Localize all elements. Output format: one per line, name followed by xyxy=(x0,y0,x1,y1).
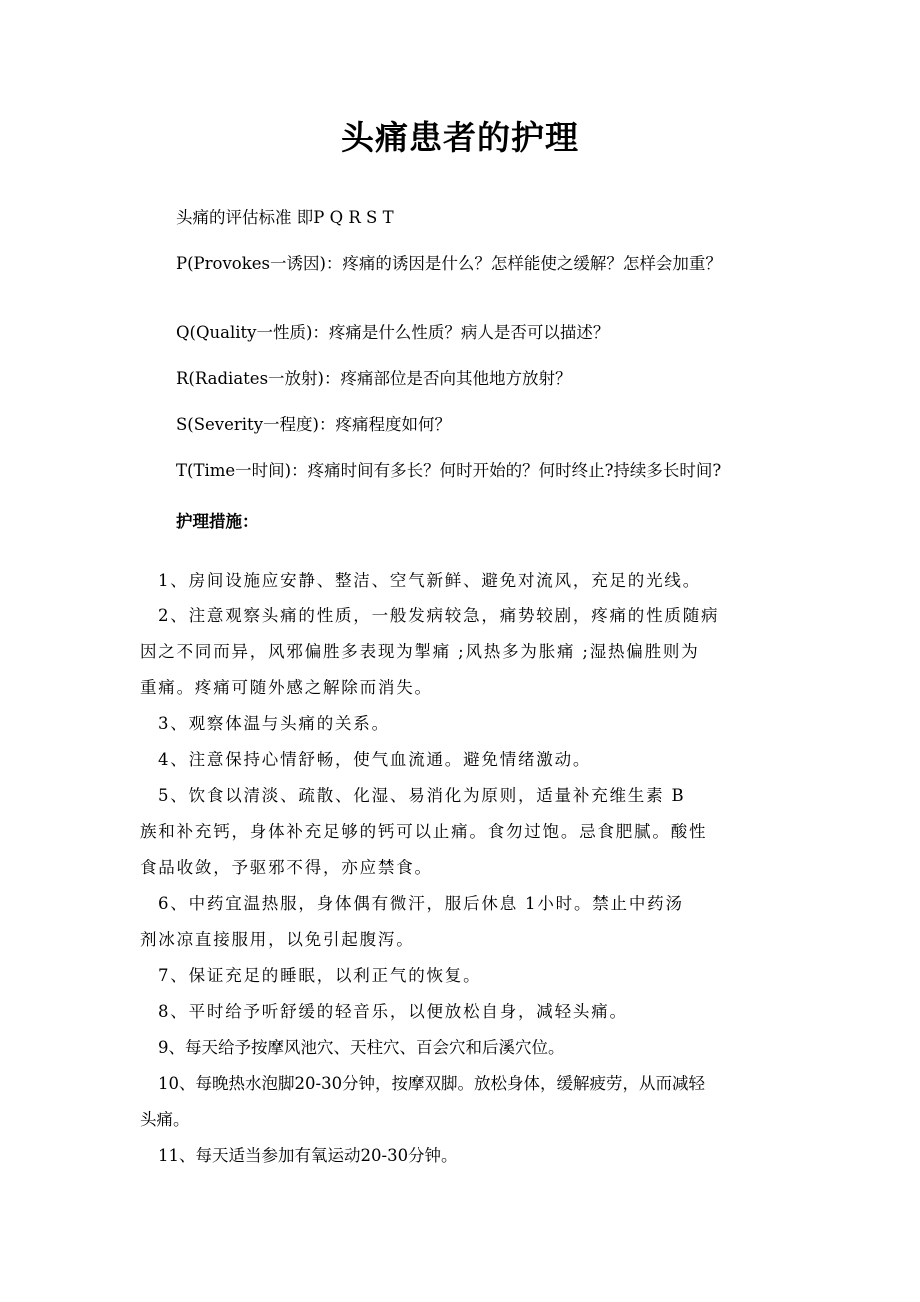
measure-line: 剂冰凉直接服用，以免引起腹泻。 xyxy=(140,929,415,951)
assessment-item-r: R(Radiates一放射)：疼痛部位是否向其他地方放射？ xyxy=(176,368,571,390)
document-title: 头痛患者的护理 xyxy=(0,112,920,159)
measures-heading: 护理措施： xyxy=(176,511,259,533)
measure-line: 因之不同而异，风邪偏胜多表现为掣痛 ;风热多为胀痛 ;湿热偏胜则为 xyxy=(140,641,700,663)
measure-line: 3、观察体温与头痛的关系。 xyxy=(158,713,390,735)
assessment-item-p: P(Provokes一诱因)：疼痛的诱因是什么？怎样能使之缓解？怎样会加重？ xyxy=(176,253,722,275)
measure-line: 重痛。疼痛可随外感之解除而消失。 xyxy=(140,677,433,699)
measure-line: 2、注意观察头痛的性质，一般发病较急，痛势较剧，疼痛的性质随病 xyxy=(158,605,719,627)
measure-line: 11、每天适当参加有氧运动20-30分钟。 xyxy=(158,1145,458,1167)
document-page: 头痛患者的护理 头痛的评估标准 即P Q R S T P(Provokes一诱因… xyxy=(0,0,920,1302)
measure-line: 食品收敛，予驱邪不得，亦应禁食。 xyxy=(140,857,433,879)
measure-line: 6、中药宜温热服，身体偶有微汗，服后休息 1小时。禁止中药汤 xyxy=(158,893,684,915)
measure-line: 1、房间设施应安静、整洁、空气新鲜、避免对流风，充足的光线。 xyxy=(158,570,701,592)
assessment-item-s: S(Severity一程度)：疼痛程度如何？ xyxy=(176,414,451,436)
assessment-item-q: Q(Quality一性质)：疼痛是什么性质？病人是否可以描述？ xyxy=(176,322,609,344)
measure-line: 10、每晚热水泡脚20-30分钟，按摩双脚。放松身体，缓解疲劳，从而减轻 xyxy=(158,1073,705,1095)
measure-line: 5、饮食以清淡、疏散、化湿、易消化为原则，适量补充维生素 B xyxy=(158,785,685,807)
measure-line: 头痛。 xyxy=(140,1109,190,1131)
measure-line: 8、平时给予听舒缓的轻音乐，以便放松自身，减轻头痛。 xyxy=(158,1001,628,1023)
assessment-heading: 头痛的评估标准 即P Q R S T xyxy=(176,207,394,229)
assessment-item-t: T(Time一时间)：疼痛时间有多长？何时开始的？何时终止?持续多长时间? xyxy=(176,460,721,482)
measure-line: 7、保证充足的睡眠，以利正气的恢复。 xyxy=(158,965,481,987)
measure-line: 9、每天给予按摩风池穴、天柱穴、百会穴和后溪穴位。 xyxy=(158,1037,565,1059)
measure-line: 4、注意保持心情舒畅，使气血流通。避免情绪激动。 xyxy=(158,749,591,771)
measure-line: 族和补充钙，身体补充足够的钙可以止痛。食勿过饱。忌食肥腻。酸性 xyxy=(140,821,707,843)
